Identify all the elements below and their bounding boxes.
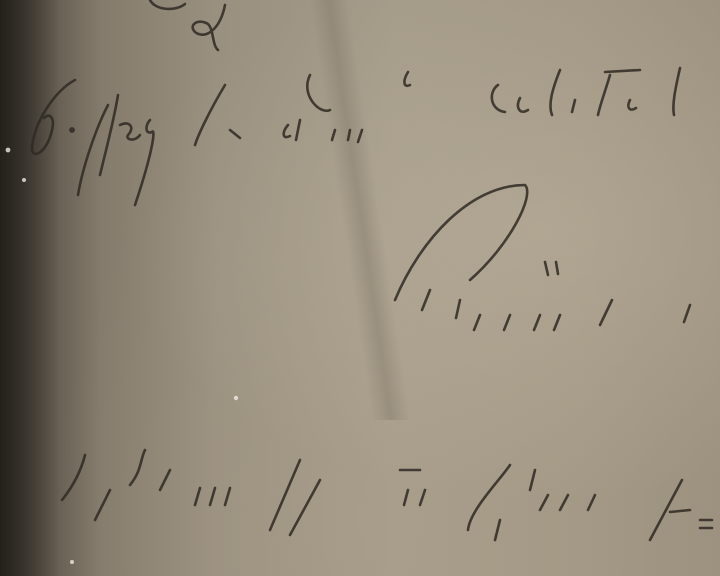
engraving-strokes <box>0 0 720 576</box>
engraved-surface-photo: 6. Kgl. Sächs. Feldart. Regiment Unterof… <box>0 0 720 576</box>
